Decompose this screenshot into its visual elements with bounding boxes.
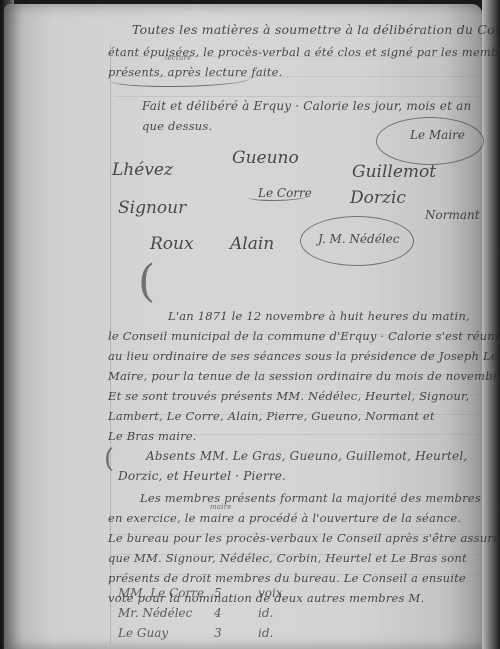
quorum-line: présents de droit membres du bureau. Le … [108,568,466,588]
session-line: Maire, pour la tenue de la session ordin… [108,366,500,386]
vote-count: 5 [214,586,258,600]
que-dessus-line: que dessus. [142,116,212,136]
vote-row: Le Guay3id. [118,626,298,640]
quorum-line: en exercice, le maire a procédé à l'ouve… [108,508,461,528]
vote-unit: id. [258,626,298,640]
absents-line: Absents MM. Le Gras, Gueuno, Guillemot, … [146,446,467,466]
candidate-name: Le Guay [118,626,214,640]
section-separator-mark: ( [138,256,155,307]
fait-et-delibere-line: Fait et délibéré à Erquy · Calorie les j… [142,96,471,116]
session-line: au lieu ordinaire de ses séances sous la… [108,346,500,366]
session-line: Le Bras maire. [108,426,197,446]
page-edge-shadow [482,0,500,649]
vote-row: Mr. Nédélec4id. [118,606,298,620]
signature: Dorzic [350,188,406,208]
vote-unit: voix [258,586,298,600]
absents-line: Dorzic, et Heurtel · Pierre. [118,466,286,486]
session-line: le Conseil municipal de la commune d'Erq… [108,326,499,346]
signature: Signour [118,198,186,218]
quorum-line: Les membres présents formant la majorité… [140,488,481,508]
vote-row: MM. Le Corre5voix [118,586,298,600]
vote-count: 4 [214,606,258,620]
session-line: L'an 1871 le 12 novembre à huit heures d… [168,306,470,326]
signature: Alain [230,234,274,254]
signature: Guillemot [352,162,436,182]
margin-mark: ( [104,444,114,474]
signature: Gueuno [232,148,299,168]
vote-unit: id. [258,606,298,620]
signature: Normant [425,208,480,222]
closing-line-1: Toutes les matières à soumettre à la dél… [132,20,500,40]
interlinear-insertion: lecture [165,54,192,62]
signature: Roux [150,234,194,254]
mayor-signature: Le Maire [410,128,465,142]
quorum-line: que MM. Signour, Nédélec, Corbin, Heurte… [108,548,467,568]
candidate-name: Mr. Nédélec [118,606,214,620]
vote-count: 3 [214,626,258,640]
signature: J. M. Nédélec [318,232,399,246]
session-line: Et se sont trouvés présents MM. Nédélec,… [108,386,469,406]
quorum-line: Le bureau pour les procès-verbaux le Con… [108,528,500,548]
candidate-name: MM. Le Corre [118,586,214,600]
session-line: Lambert, Le Corre, Alain, Pierre, Gueuno… [108,406,435,426]
signature: Lhévez [112,160,173,180]
